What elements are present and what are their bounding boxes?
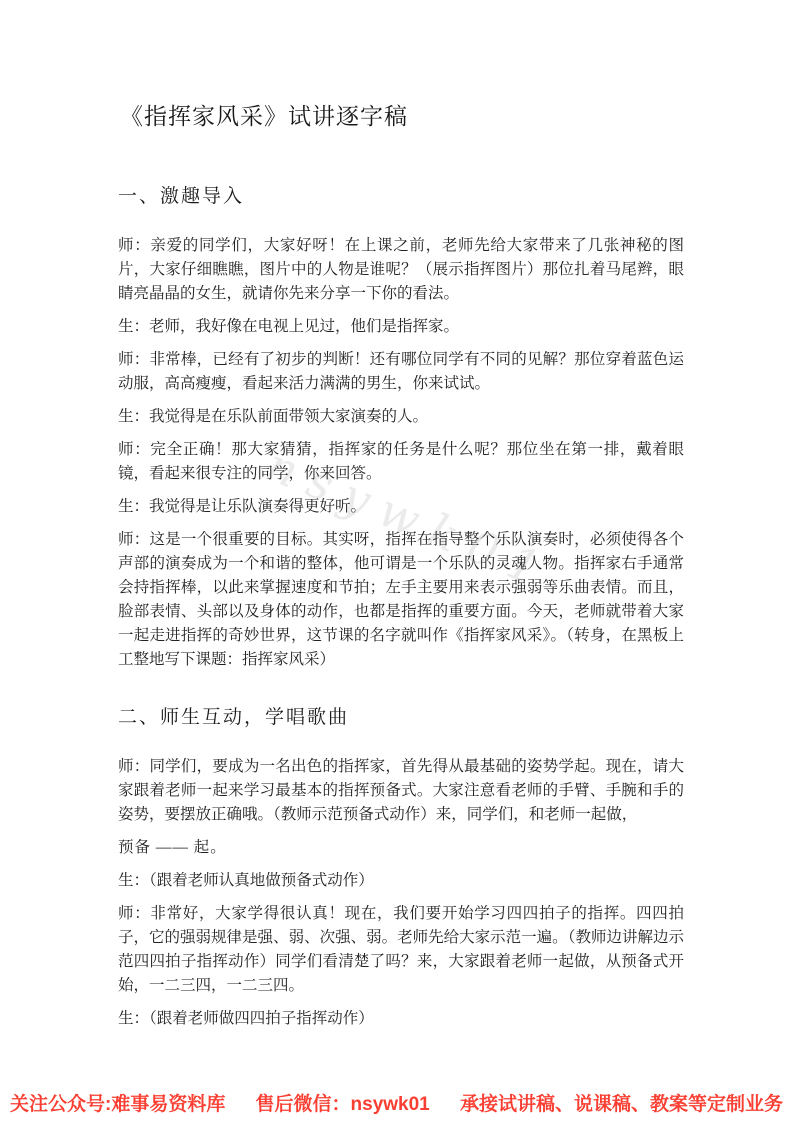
document-page: 《指挥家风采》试讲逐字稿 一、激趣导入 师：亲爱的同学们，大家好呀！在上课之前，… xyxy=(0,0,793,1122)
paragraph-teacher: 师：亲爱的同学们，大家好呀！在上课之前，老师先给大家带来了几张神秘的图片，大家仔… xyxy=(118,234,684,306)
paragraph-cue: 预备 —— 起。 xyxy=(118,836,684,860)
footer-wechat-contact: 售后微信：nsywk01 xyxy=(256,1089,430,1116)
paragraph-teacher: 师：这是一个很重要的目标。其实呀，指挥在指导整个乐队演奏时，必须使得各个声部的演… xyxy=(118,528,684,672)
footer-official-account: 关注公众号:难事易资料库 xyxy=(10,1089,225,1116)
paragraph-student: 生：（跟着老师认真地做预备式动作） xyxy=(118,869,684,893)
paragraph-teacher: 师：非常棒，已经有了初步的判断！还有哪位同学有不同的见解？那位穿着蓝色运动服，高… xyxy=(118,348,684,396)
paragraph-student: 生：（跟着老师做四四拍子指挥动作） xyxy=(118,1007,684,1031)
paragraph-student: 生：老师，我好像在电视上见过，他们是指挥家。 xyxy=(118,315,684,339)
paragraph-student: 生：我觉得是在乐队前面带领大家演奏的人。 xyxy=(118,405,684,429)
footer-services: 承接试讲稿、说课稿、教案等定制业务 xyxy=(460,1089,783,1116)
paragraph-teacher: 师：非常好，大家学得很认真！现在，我们要开始学习四四拍子的指挥。四四拍子，它的强… xyxy=(118,902,684,998)
document-content: 《指挥家风采》试讲逐字稿 一、激趣导入 师：亲爱的同学们，大家好呀！在上课之前，… xyxy=(118,98,684,1040)
section-heading-interaction: 二、师生互动，学唱歌曲 xyxy=(118,702,684,729)
paragraph-teacher: 师：完全正确！那大家猜猜，指挥家的任务是什么呢？那位坐在第一排，戴着眼镜，看起来… xyxy=(118,438,684,486)
paragraph-student: 生：我觉得是让乐队演奏得更好听。 xyxy=(118,495,684,519)
page-title: 《指挥家风采》试讲逐字稿 xyxy=(120,98,684,131)
section-heading-intro: 一、激趣导入 xyxy=(118,181,684,208)
footer-banner: 关注公众号:难事易资料库 售后微信：nsywk01 承接试讲稿、说课稿、教案等定… xyxy=(10,1089,783,1116)
paragraph-teacher: 师：同学们，要成为一名出色的指挥家，首先得从最基础的姿势学起。现在，请大家跟着老… xyxy=(118,755,684,827)
